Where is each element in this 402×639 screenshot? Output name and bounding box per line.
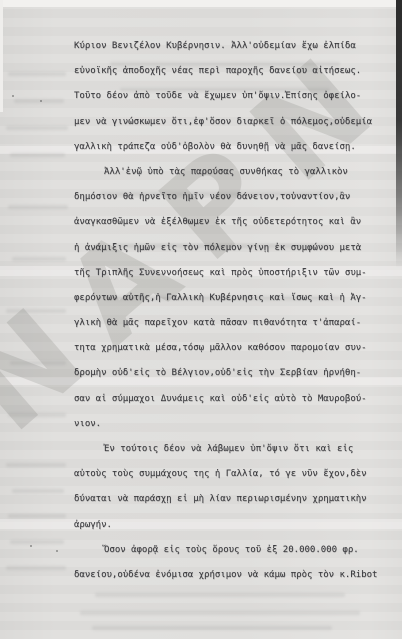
typed-line: γαλλικὴ τράπεζα οὐδ'ὀβολὸν θὰ δυνηθῇ νὰ … [74, 135, 386, 160]
typed-line: νιον. [74, 412, 386, 437]
typed-line: τητα χρηματικὰ μέσα,τόσῳ μᾶλλον καθόσον … [74, 336, 386, 361]
typed-line: Ἀλλ'ἐνῷ ὑπὸ τὰς παρούσας συνθήκας τὸ γαλ… [74, 160, 386, 185]
typed-line: ἡ ἀνάμιξις ἡμῶν εἰς τὸν πόλεμον γίνῃ ἐκ … [74, 236, 386, 261]
typed-letter-body: Κύριον Βενιζέλον Κυβέρνησιν. Ἀλλ'οὐδεμία… [74, 34, 386, 588]
typed-line: εὐνοϊκῆς ἀποδοχῆς νέας περὶ παροχῆς δανε… [74, 59, 386, 84]
typed-line: μεν νὰ γινώσκωμεν ὅτι,ἐφ'ὅσον διαρκεῖ ὁ … [74, 110, 386, 135]
typed-line: Ὅσον ἀφορᾷ εἰς τοὺς ὅρους τοῦ ἐξ 20.000.… [74, 538, 386, 563]
scan-edge-left [0, 0, 3, 112]
typed-line: φερόντων αὐτῆς,ἡ Γαλλικὴ Κυβέρνησις καὶ … [74, 286, 386, 311]
typed-line: τῆς Τριπλῆς Συνεννοήσεως καὶ πρὸς ὑποστή… [74, 261, 386, 286]
typed-line: Κύριον Βενιζέλον Κυβέρνησιν. Ἀλλ'οὐδεμία… [74, 34, 386, 59]
typed-line: αὐτοὺς τοὺς συμμάχους της ἡ Γαλλία, τό γ… [74, 462, 386, 487]
typed-line: γλικὴ θὰ μᾶς παρεῖχον κατὰ πᾶσαν πιθανότ… [74, 311, 386, 336]
typed-line: σαν αἱ σύμμαχοι Δυνάμεις καὶ οὐδ'εἰς αὐτ… [74, 387, 386, 412]
typed-line: Τοῦτο δέον ἀπὸ τοῦδε νὰ ἔχωμεν ὑπ'ὄψιν.Ἐ… [74, 84, 386, 109]
typed-line: δρομὴν οὐδ'εἰς τὸ Βέλγιον,οὐδ'εἰς τὴν Σε… [74, 361, 386, 386]
typed-line: ἀρωγήν. [74, 513, 386, 538]
typed-line: δανείου,οὐδένα ἐνόμισα χρήσιμον νὰ κάμω … [74, 563, 386, 588]
typed-line: ἀναγκασθῶμεν νὰ ἐξέλθωμεν ἐκ τῆς οὐδετερ… [74, 210, 386, 235]
typed-line: δύναται νὰ παράσχῃ εἰ μὴ λίαν περιωρισμέ… [74, 487, 386, 512]
scan-edge-top [0, 0, 402, 7]
typed-line: Ἐν τούτοις δέον νὰ λάβωμεν ὑπ'ὄψιν ὅτι κ… [74, 437, 386, 462]
typed-line: δημόσιον θὰ ἠρνεῖτο ἡμῖν νέον δάνειον,το… [74, 185, 386, 210]
scanned-document-screenshot: { "page": { "watermark_text": "ΝΑΡΝ", "b… [0, 0, 402, 639]
scan-edge-right-dark [396, 0, 402, 268]
